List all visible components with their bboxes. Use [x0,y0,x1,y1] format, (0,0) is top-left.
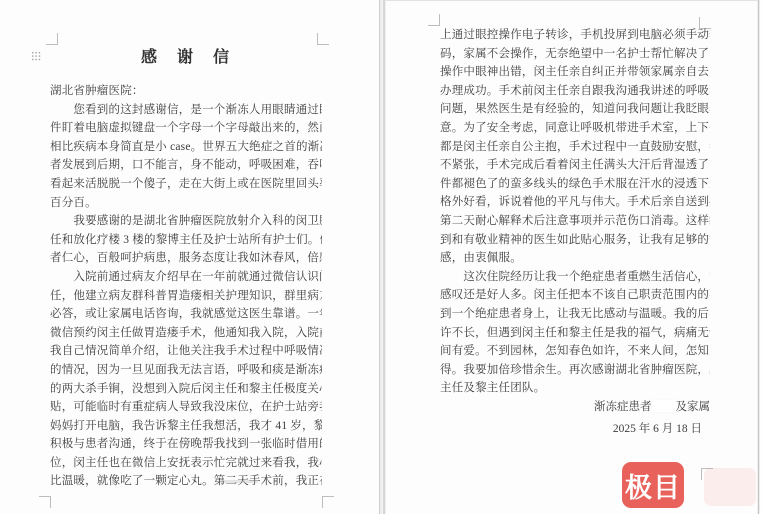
letter-line: 得。我要加倍珍惜余生。再次感谢湖北省肿瘤医院，感谢闵 [440,361,710,380]
signature-suffix: 及家属 [676,401,711,413]
letter-line: 位，闵主任也在微信上安抚表示忙完就过来看我，我心里无 [50,454,322,473]
letter-line: 件都褪色了的蛮多线头的绿色手术服在汗水的浸透下显得 [440,175,710,194]
scan-smudge [218,480,258,483]
text-boundary-corner-icon [428,14,440,26]
letter-line: 都是闵主任亲自公主抱，手术过程中一直鼓励安慰，我丝毫 [440,138,710,157]
letter-line: 感，由衷佩服。 [440,249,710,268]
letter-line: 第二天耐心解释术后注意事项并示范伤口消毒。这样经验老 [440,212,710,231]
letter-line: 的情况，因为一旦见面我无法言语，呼吸和痰是渐冻症患者 [50,361,322,380]
letter-line: 微信预约闵主任做胃造瘘手术，他通知我入院，入院前我把 [50,324,322,343]
table-move-handle-icon [31,51,41,61]
letter-line: 妈妈打开电脑，我告诉黎主任我想活，我才 41 岁，黎主任 [50,417,322,436]
letter-line: 必答，或让家属电话咨询，我就感觉这医生靠谱。一年后我 [50,305,322,324]
jimu-news-watermark: 极目 [622,462,684,508]
page1-body-text: 湖北省肿瘤医院： 您看到的这封感谢信，是一个渐冻人用眼睛通过眼控软件盯着电脑虚拟… [50,82,322,491]
letter-line: 比温暖，就像吃了一颗定心丸。第二天手术前，我正在手机 [50,472,322,491]
letter-line: 的两大杀手锏，没想到入院后闵主任和黎主任极度关心体 [50,380,322,399]
letter-line: 积极与患者沟通，终于在傍晚帮我找到一张临时借用的床 [50,435,322,454]
letter-line: 格外好看，诉说着他的平凡与伟大。手术后亲自送到病房， [440,193,710,212]
letter-page-1: 感 谢 信 湖北省肿瘤医院： 您看到的这封感谢信，是一个渐冻人用眼睛通过眼控软件… [0,0,379,514]
letter-line: 看起来活脱脱一个傻子，走在大街上或在医院里回头率绝对 [50,175,322,194]
letter-line: 我自己情况简单介绍，让他关注我手术过程中呼吸情况和痰 [50,342,322,361]
letter-line: 间有爱。不到园林，怎知春色如许，不来人间，怎知人间值 [440,342,710,361]
letter-line: 相比疾病本身简直是小 case。世界五大绝症之首的渐冻症患 [50,138,322,157]
signature-prefix: 渐冻症患者 [594,401,652,413]
letter-line: 任和放化疗楼 3 楼的黎博主任及护士站所有护士们。他们医 [50,231,322,250]
letter-line: 上通过眼控操作电子转诊，手机投屏到电脑必须手动输入密 [440,26,710,45]
letter-line: 问题，果然医生是有经验的，知道问我问题让我眨眼表示同 [440,100,710,119]
signature-date: 2025 年 6 月 18 日 [440,420,702,436]
letter-line: 任，他建立病友群科普胃造瘘相关护理知识，群里病友有问 [50,287,322,306]
letter-line: 您看到的这封感谢信，是一个渐冻人用眼睛通过眼控软 [50,101,322,120]
signature-line: 渐冻症患者及家属 [440,398,710,417]
page-divider [379,0,386,514]
letter-line: 不紧张，手术完成后看着闵主任满头大汗后背湿透了，他那 [440,156,710,175]
redacted-name-box [652,400,676,412]
page2-body-text: 上通过眼控操作电子转诊，手机投屏到电脑必须手动输入密码，家属不会操作，无奈绝望中… [440,26,710,398]
letter-line: 贴，可能临时有重症病人导致我没床位，在护士站旁我示意 [50,398,322,417]
letter-line: 湖北省肿瘤医院： [50,82,322,101]
letter-scan-canvas: 感 谢 信 湖北省肿瘤医院： 您看到的这封感谢信，是一个渐冻人用眼睛通过眼控软件… [0,0,764,514]
letter-line: 主任及黎主任团队。 [440,379,710,398]
letter-line: 办理成功。手术前闵主任亲自跟我沟通我讲述的呼吸和痰的 [440,82,710,101]
text-boundary-corner-icon [39,496,51,508]
letter-line: 者仁心，百般呵护病患，服务态度让我如沐春风，倍感温暖。 [50,249,322,268]
letter-line: 感叹还是好人多。闵主任把本不该自己职责范围内的事共情 [440,286,710,305]
letter-line: 操作中眼神出错，闵主任亲自纠正并带领家属亲自去医保办 [440,63,710,82]
letter-line: 这次住院经历让我一个绝症患者重燃生活信心，家属们 [440,268,710,287]
watermark-ghost [704,468,756,506]
letter-line: 件盯着电脑虚拟键盘一个字母一个字母敲出来的，然而，这 [50,119,322,138]
text-boundary-corner-icon [322,496,334,508]
letter-line: 入院前通过病友介绍早在一年前就通过微信认识闵主 [50,268,322,287]
photo-right-edge [757,0,760,514]
letter-line: 者发展到后期，口不能言，身不能动，呼吸困难，吞咽困难， [50,156,322,175]
letter-line: 码，家属不会操作，无奈绝望中一名护士帮忙解决了，然后 [440,45,710,64]
letter-line: 许不长，但遇到闵主任和黎主任是我的福气，病痛无情，人 [440,324,710,343]
letter-line: 到一个绝症患者身上，让我无比感动与温暖。我的后半生或 [440,305,710,324]
letter-title: 感 谢 信 [50,44,322,67]
letter-line: 意。为了安全考虑，同意让呼吸机带进手术室，上下手术台 [440,119,710,138]
letter-line: 我要感谢的是湖北省肿瘤医院放射介入科的闵卫鹏主 [50,212,322,231]
letter-line: 百分百。 [50,194,322,213]
letter-line: 到和有敬业精神的医生如此贴心服务，让我有足够的安全 [440,231,710,250]
